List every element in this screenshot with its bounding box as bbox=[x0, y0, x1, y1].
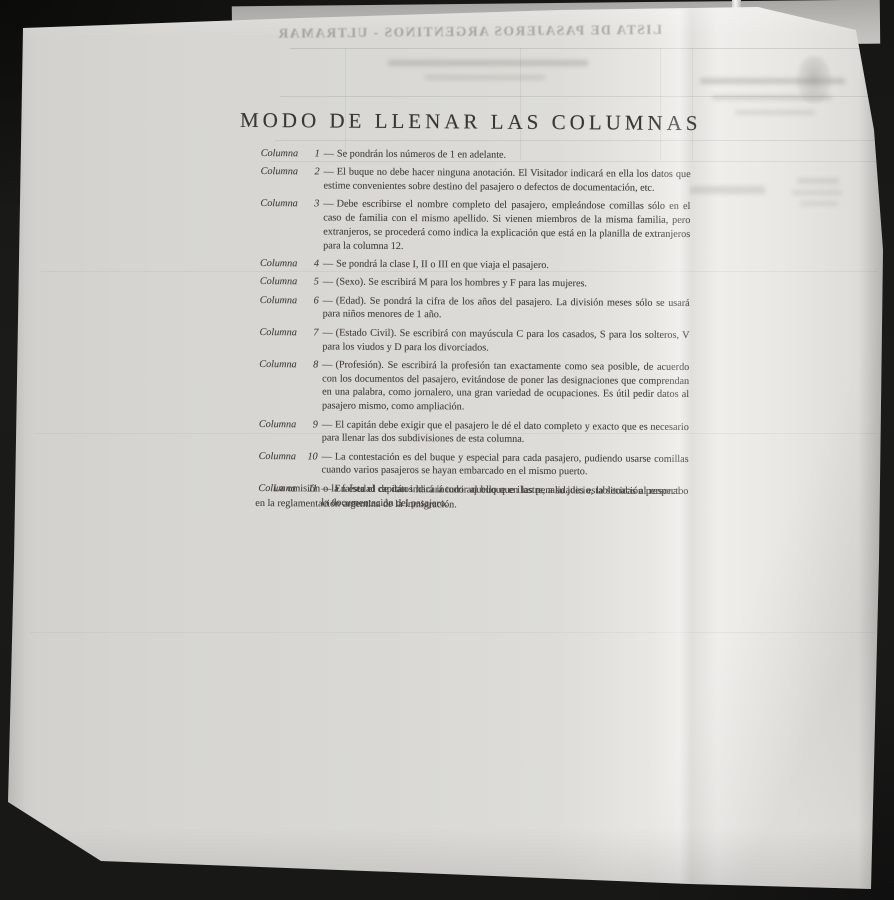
instruction-number: 1 bbox=[305, 147, 320, 161]
paper-sheet: LISTA DE PASAJEROS ARGENTINOS - ULTRAMAR… bbox=[0, 0, 894, 900]
instruction-number: 6 bbox=[304, 294, 319, 322]
scanned-page-photo: LISTA DE PASAJEROS ARGENTINOS - ULTRAMAR… bbox=[0, 0, 894, 900]
closing-paragraph: La omisión o la falsedad de datos hará i… bbox=[255, 482, 683, 514]
instruction-number: 9 bbox=[303, 418, 318, 446]
dash: — bbox=[323, 199, 333, 210]
instruction-text: —Debe escribirse el nombre completo del … bbox=[323, 198, 690, 256]
instruction-number: 10 bbox=[303, 450, 318, 478]
instruction-row: Columna 5 —(Sexo). Se escribirá M para l… bbox=[260, 275, 690, 292]
dash: — bbox=[322, 451, 332, 462]
instruction-text: —Se pondrán los números de 1 en adelante… bbox=[324, 147, 691, 163]
instruction-number: 4 bbox=[304, 257, 319, 271]
instruction-label: Columna bbox=[260, 275, 304, 289]
instruction-label: Columna bbox=[259, 326, 303, 354]
instruction-row: Columna 2 —El buque no debe hacer ningun… bbox=[260, 165, 690, 196]
dash: — bbox=[323, 277, 333, 288]
instruction-row: Columna 10 —La contestación es del buque… bbox=[259, 450, 689, 481]
page-title: MODO DE LLENAR LAS COLUMNAS bbox=[240, 108, 700, 136]
instruction-row: Columna 6 —(Edad). Se pondrá la cifra de… bbox=[260, 294, 690, 325]
instruction-text: —(Edad). Se pondrá la cifra de los años … bbox=[323, 294, 690, 324]
instruction-number: 3 bbox=[304, 198, 319, 253]
instruction-row: Columna 1 —Se pondrán los números de 1 e… bbox=[261, 147, 691, 164]
instruction-text: —(Estado Civil). Se escribirá con mayúsc… bbox=[322, 326, 689, 356]
instruction-row: Columna 8 —(Profesión). Se escribirá la … bbox=[259, 358, 689, 416]
dash: — bbox=[323, 295, 333, 306]
printed-content: MODO DE LLENAR LAS COLUMNAS Columna 1 —S… bbox=[0, 0, 894, 900]
instruction-label: Columna bbox=[260, 257, 304, 271]
instruction-text: —La contestación es del buque y especial… bbox=[322, 450, 689, 480]
instruction-label: Columna bbox=[260, 197, 304, 252]
instruction-label: Columna bbox=[259, 418, 303, 446]
instruction-row: Columna 7 —(Estado Civil). Se escribirá … bbox=[259, 326, 689, 357]
instruction-text: —(Sexo). Se escribirá M para los hombres… bbox=[323, 276, 690, 292]
instruction-number: 5 bbox=[304, 276, 319, 290]
instruction-label: Columna bbox=[259, 450, 303, 478]
dash: — bbox=[324, 148, 334, 159]
instruction-text: —(Profesión). Se escribirá la profesión … bbox=[322, 358, 689, 416]
dash: — bbox=[322, 359, 332, 370]
dash: — bbox=[322, 419, 332, 430]
instruction-list: Columna 1 —Se pondrán los números de 1 e… bbox=[258, 147, 691, 517]
instruction-label: Columna bbox=[260, 165, 304, 193]
instruction-number: 8 bbox=[303, 358, 318, 413]
dash: — bbox=[322, 327, 332, 338]
instruction-row: Columna 9 —El capitán debe exigir que el… bbox=[259, 418, 689, 449]
instruction-text: —Se pondrá la clase I, II o III en que v… bbox=[323, 258, 690, 274]
dash: — bbox=[324, 167, 334, 178]
dash: — bbox=[323, 259, 333, 270]
instruction-number: 2 bbox=[304, 166, 319, 194]
instruction-row: Columna 3 —Debe escribirse el nombre com… bbox=[260, 197, 690, 255]
instruction-label: Columna bbox=[261, 147, 305, 161]
instruction-number: 7 bbox=[303, 326, 318, 354]
instruction-text: —El buque no debe hacer ninguna anotació… bbox=[323, 166, 690, 196]
instruction-label: Columna bbox=[260, 294, 304, 322]
instruction-row: Columna 4 —Se pondrá la clase I, II o II… bbox=[260, 257, 690, 274]
instruction-label: Columna bbox=[259, 358, 303, 413]
instruction-text: —El capitán debe exigir que el pasajero … bbox=[322, 418, 689, 448]
